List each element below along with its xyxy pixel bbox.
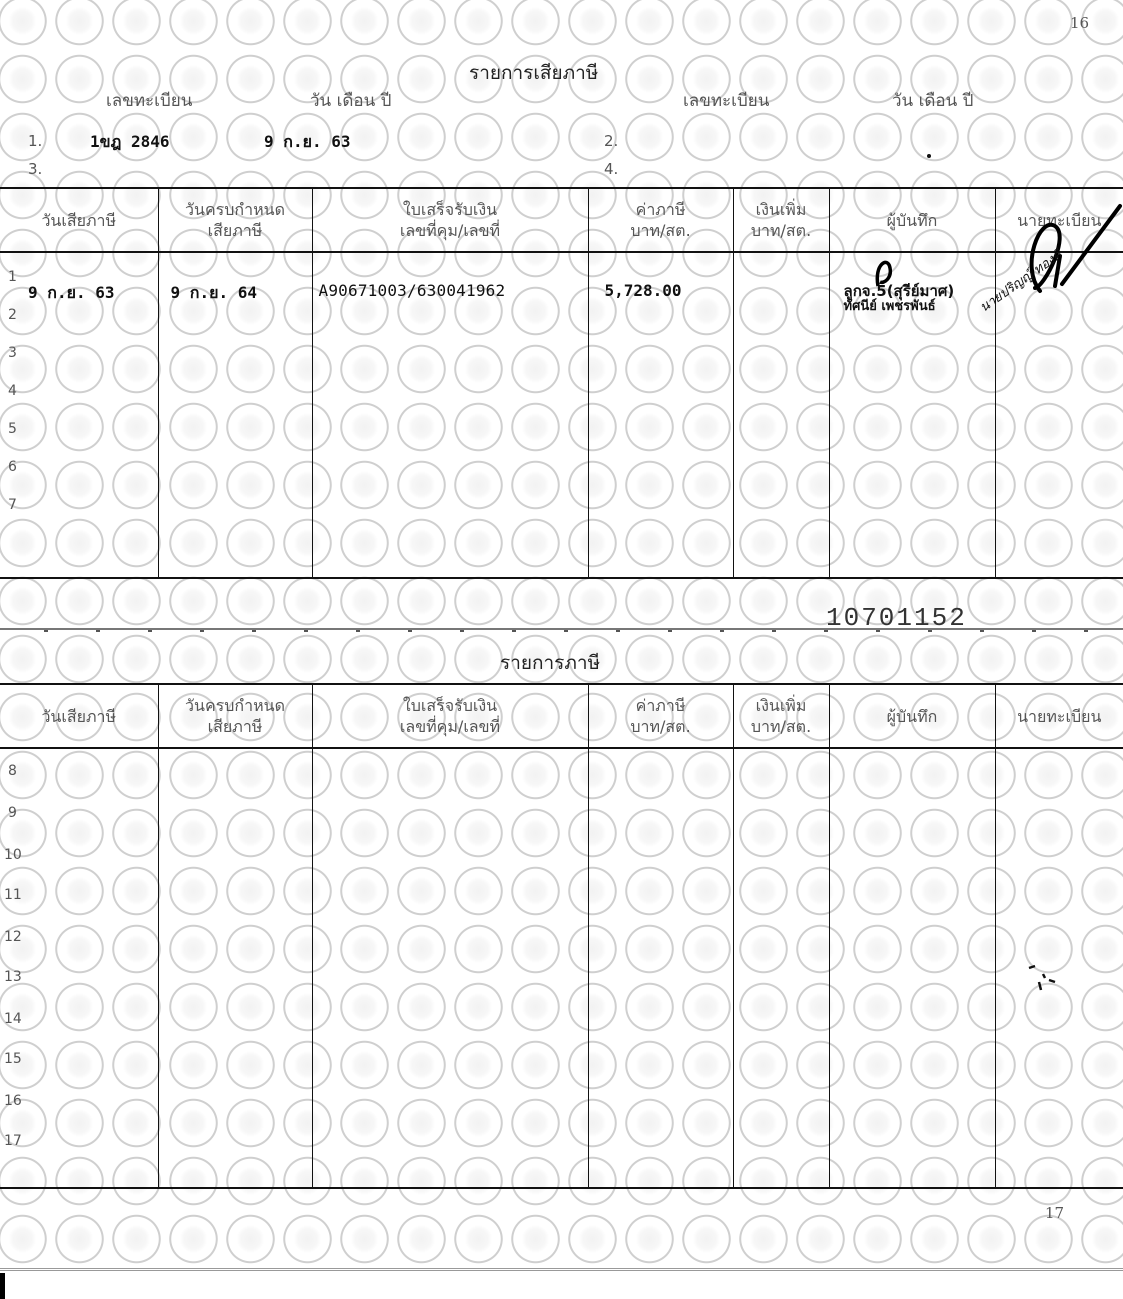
- header-tax-date: วันเสียภาษี: [0, 188, 158, 252]
- plate-label-left: เลขทะเบียน: [106, 87, 192, 114]
- row-number: 1: [8, 269, 17, 285]
- receipt-column: [312, 748, 588, 1188]
- plate-entry-index-3: 3.: [28, 160, 42, 178]
- header-surcharge: เงินเพิ่มบาท/สต.: [733, 684, 829, 748]
- tax-amount-column: 5,728.00: [588, 252, 733, 578]
- row1-recorder-name: ทัศนีย์ เพชรพันธ์: [844, 295, 936, 316]
- row-number: 8: [8, 763, 17, 779]
- receipt-column: A90671003/630041962: [312, 252, 588, 578]
- row-number: 4: [8, 383, 17, 399]
- lower-tax-table: วันเสียภาษี วันครบกำหนดเสียภาษี ใบเสร็จร…: [0, 683, 1123, 1189]
- surcharge-column: [733, 252, 829, 578]
- row1-receipt: A90671003/630041962: [319, 281, 506, 300]
- upper-table-body: 1 2 3 4 5 6 7 9 ก.ย. 63 9 ก.ย. 64 A90671…: [0, 252, 1123, 578]
- header-tax-date: วันเสียภาษี: [0, 684, 158, 748]
- page-number-bottom: 17: [1045, 1204, 1064, 1222]
- row1-tax-amount: 5,728.00: [605, 281, 682, 300]
- plate-entry-index-4: 4.: [604, 160, 618, 178]
- lower-table-header-row: วันเสียภาษี วันครบกำหนดเสียภาษี ใบเสร็จร…: [0, 684, 1123, 748]
- upper-tax-table: วันเสียภาษี วันครบกำหนดเสียภาษี ใบเสร็จร…: [0, 187, 1123, 579]
- header-recorder: ผู้บันทึก: [829, 684, 995, 748]
- serial-number: 10701152: [826, 603, 967, 633]
- row-number: 3: [8, 345, 17, 361]
- page-number-top: 16: [1070, 14, 1089, 32]
- row-number: 13: [4, 969, 22, 985]
- header-surcharge: เงินเพิ่มบาท/สต.: [733, 188, 829, 252]
- row-number: 6: [8, 459, 17, 475]
- plate-entry-date-1: 9 ก.ย. 63: [264, 130, 351, 155]
- row-number: 17: [4, 1133, 22, 1149]
- ink-smudge-icon: [1025, 960, 1085, 1010]
- row-number: 14: [4, 1011, 22, 1027]
- recorder-initial-icon: [870, 254, 900, 290]
- row-number: 7: [8, 497, 17, 513]
- plate-entry-number-1: 1ขฎ 2846: [90, 130, 169, 155]
- header-recorder: ผู้บันทึก: [829, 188, 995, 252]
- header-registrar: นายทะเบียน: [995, 684, 1123, 748]
- header-due-date: วันครบกำหนดเสียภาษี: [158, 684, 312, 748]
- tax-date-column: 1 2 3 4 5 6 7 9 ก.ย. 63: [0, 252, 158, 578]
- section-title-tax-history: รายการเสียภาษี: [469, 58, 598, 88]
- due-date-column: [158, 748, 312, 1188]
- tax-date-column: 8 9 10 11 12 13 14 15 16 17: [0, 748, 158, 1188]
- row-number: 12: [4, 929, 22, 945]
- plate-entry-index-1: 1.: [28, 132, 42, 150]
- plate-label-right: เลขทะเบียน: [683, 87, 769, 114]
- header-tax-amount: ค่าภาษีบาท/สต.: [588, 684, 733, 748]
- upper-table-header-row: วันเสียภาษี วันครบกำหนดเสียภาษี ใบเสร็จร…: [0, 188, 1123, 252]
- row1-tax-date: 9 ก.ย. 63: [28, 281, 115, 306]
- recorder-column: [829, 748, 995, 1188]
- row-number: 11: [4, 887, 22, 903]
- row-number: 9: [8, 805, 17, 821]
- row-number: 10: [4, 847, 22, 863]
- lower-table-body: 8 9 10 11 12 13 14 15 16 17: [0, 748, 1123, 1188]
- row-number: 15: [4, 1051, 22, 1067]
- header-due-date: วันครบกำหนดเสียภาษี: [158, 188, 312, 252]
- tax-amount-column: [588, 748, 733, 1188]
- row-number: 2: [8, 307, 17, 323]
- due-date-column: 9 ก.ย. 64: [158, 252, 312, 578]
- plate-entry-index-2: 2.: [604, 132, 618, 150]
- row-number: 5: [8, 421, 17, 437]
- header-receipt: ใบเสร็จรับเงินเลขที่คุม/เลขที่: [312, 684, 588, 748]
- row-number: 16: [4, 1093, 22, 1109]
- surcharge-column: [733, 748, 829, 1188]
- date-label-left: วัน เดือน ปี: [310, 87, 391, 114]
- ink-dot: [927, 154, 931, 158]
- date-label-right: วัน เดือน ปี: [892, 87, 973, 114]
- header-receipt: ใบเสร็จรับเงินเลขที่คุม/เลขที่: [312, 188, 588, 252]
- scan-edge: [0, 1268, 1123, 1299]
- recorder-column: ลูกจ.5(สุรีย์มาศ) ทัศนีย์ เพชรพันธ์: [829, 252, 995, 578]
- section-title-tax-list: รายการภาษี: [500, 648, 600, 678]
- row1-due-date: 9 ก.ย. 64: [171, 281, 258, 306]
- header-tax-amount: ค่าภาษีบาท/สต.: [588, 188, 733, 252]
